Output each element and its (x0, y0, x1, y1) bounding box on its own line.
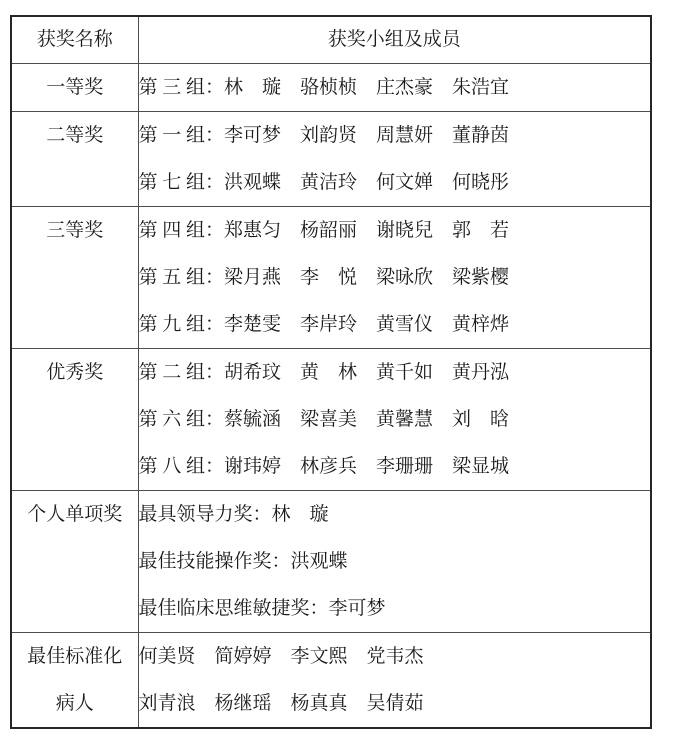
award-name-cell: 最佳标准化 病人 (11, 633, 138, 729)
award-name: 一等奖 (12, 64, 138, 111)
members-cell: 第 一 组：李可梦 刘韵贤 周慧妍 董静茵 第 七 组：洪观蝶 黄洁玲 何文婵 … (138, 112, 651, 207)
header-group-members: 获奖小组及成员 (138, 16, 651, 64)
members-cell: 第 三 组：林 璇 骆桢桢 庄杰豪 朱浩宜 (138, 64, 651, 112)
table-row-first-prize: 一等奖 第 三 组：林 璇 骆桢桢 庄杰豪 朱浩宜 (11, 64, 651, 112)
member-line: 第 九 组：李楚雯 李岸玲 黄雪仪 黄梓烨 (139, 301, 651, 348)
header-row: 获奖名称 获奖小组及成员 (11, 16, 651, 64)
award-name: 二等奖 (12, 112, 138, 159)
member-line: 第 二 组：胡希玟 黄 林 黄千如 黄丹泓 (139, 349, 651, 396)
table-row-individual-prize: 个人单项奖 最具领导力奖：林 璇 最佳技能操作奖：洪观蝶 最佳临床思维敏捷奖：李… (11, 491, 651, 633)
member-line: 最佳临床思维敏捷奖：李可梦 (139, 585, 651, 632)
award-document: 获奖名称 获奖小组及成员 一等奖 第 三 组：林 璇 骆桢桢 庄杰豪 朱浩宜 二… (10, 15, 652, 729)
table-row-second-prize: 二等奖 第 一 组：李可梦 刘韵贤 周慧妍 董静茵 第 七 组：洪观蝶 黄洁玲 … (11, 112, 651, 207)
member-line: 何美贤 简婷婷 李文熙 党韦杰 (139, 633, 651, 680)
award-name-cell: 优秀奖 (11, 349, 138, 491)
table-row-third-prize: 三等奖 第 四 组：郑惠匀 杨韶丽 谢晓兒 郭 若 第 五 组：梁月燕 李 悦 … (11, 207, 651, 349)
award-name: 最佳标准化 (12, 633, 138, 680)
award-name-cell: 二等奖 (11, 112, 138, 207)
members-cell: 何美贤 简婷婷 李文熙 党韦杰 刘青浪 杨继瑶 杨真真 吴倩茹 (138, 633, 651, 729)
member-line: 第 三 组：林 璇 骆桢桢 庄杰豪 朱浩宜 (139, 64, 651, 111)
award-name: 病人 (12, 680, 138, 727)
member-line: 最具领导力奖：林 璇 (139, 491, 651, 538)
award-name-cell: 一等奖 (11, 64, 138, 112)
member-line: 刘青浪 杨继瑶 杨真真 吴倩茹 (139, 680, 651, 727)
members-cell: 第 四 组：郑惠匀 杨韶丽 谢晓兒 郭 若 第 五 组：梁月燕 李 悦 梁咏欣 … (138, 207, 651, 349)
award-name: 三等奖 (12, 207, 138, 254)
award-name-cell: 个人单项奖 (11, 491, 138, 633)
member-line: 第 一 组：李可梦 刘韵贤 周慧妍 董静茵 (139, 112, 651, 159)
member-line: 第 五 组：梁月燕 李 悦 梁咏欣 梁紫樱 (139, 254, 651, 301)
members-cell: 最具领导力奖：林 璇 最佳技能操作奖：洪观蝶 最佳临床思维敏捷奖：李可梦 (138, 491, 651, 633)
member-line: 最佳技能操作奖：洪观蝶 (139, 538, 651, 585)
awards-table: 获奖名称 获奖小组及成员 一等奖 第 三 组：林 璇 骆桢桢 庄杰豪 朱浩宜 二… (10, 15, 652, 729)
award-name: 个人单项奖 (12, 491, 138, 538)
member-line: 第 六 组：蔡毓涵 梁喜美 黄馨慧 刘 晗 (139, 396, 651, 443)
award-name: 优秀奖 (12, 349, 138, 396)
members-cell: 第 二 组：胡希玟 黄 林 黄千如 黄丹泓 第 六 组：蔡毓涵 梁喜美 黄馨慧 … (138, 349, 651, 491)
award-name-cell: 三等奖 (11, 207, 138, 349)
header-award-name: 获奖名称 (11, 16, 138, 64)
member-line: 第 八 组：谢玮婷 林彦兵 李珊珊 梁显城 (139, 443, 651, 490)
table-row-best-standardized-patient: 最佳标准化 病人 何美贤 简婷婷 李文熙 党韦杰 刘青浪 杨继瑶 杨真真 吴倩茹 (11, 633, 651, 729)
member-line: 第 七 组：洪观蝶 黄洁玲 何文婵 何晓彤 (139, 159, 651, 206)
table-row-excellence-prize: 优秀奖 第 二 组：胡希玟 黄 林 黄千如 黄丹泓 第 六 组：蔡毓涵 梁喜美 … (11, 349, 651, 491)
member-line: 第 四 组：郑惠匀 杨韶丽 谢晓兒 郭 若 (139, 207, 651, 254)
